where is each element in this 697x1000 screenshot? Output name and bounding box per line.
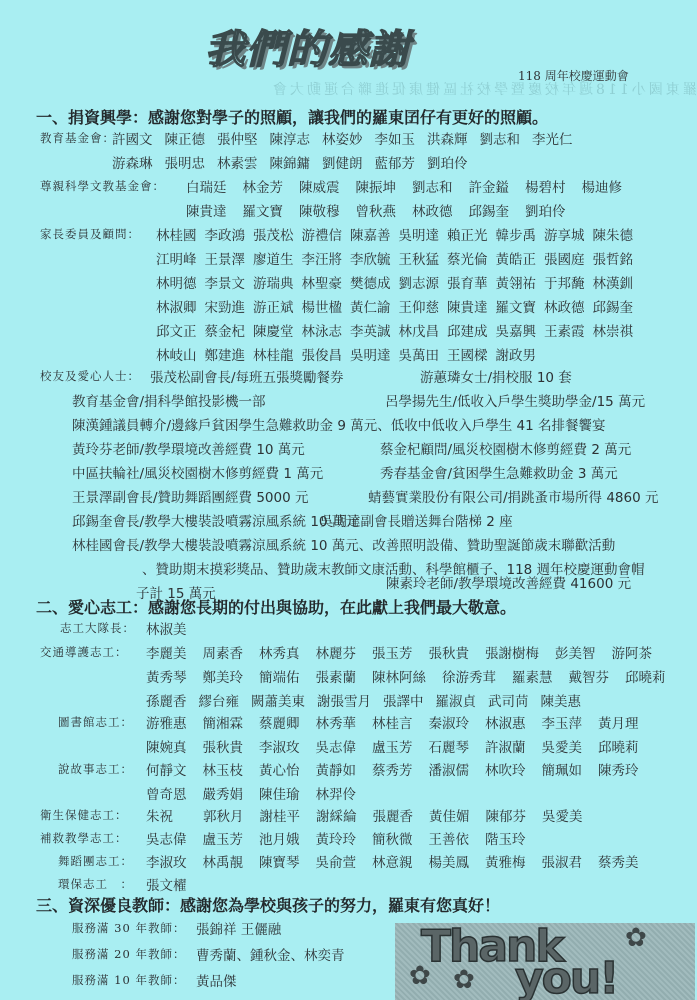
donation-item: 黃玲芬老師/教學環境改善經費 10 萬元 <box>72 438 305 458</box>
name: 陳佳瑜 <box>259 783 300 803</box>
name: 繆台雍 <box>199 690 240 710</box>
name-list: 陳婉真張秋貴李淑玫吳志偉盧玉芳石麗琴許淑蘭吳愛美邱曉莉 <box>146 736 655 756</box>
name: 林桂國 <box>156 224 197 244</box>
name: 盧玉芳 <box>203 828 244 848</box>
name: 劉珀伶 <box>525 200 566 220</box>
name: 陳正德 <box>165 128 206 148</box>
group-label-environment-volunteers: 環保志工 ： <box>58 876 133 892</box>
name: 陳振坤 <box>356 176 397 196</box>
name: 許國文 <box>112 128 153 148</box>
flower-icon: ✿ <box>453 965 475 995</box>
name: 張秋貴 <box>203 736 244 756</box>
name: 陳嘉善 <box>350 224 391 244</box>
name: 盧玉芳 <box>372 736 413 756</box>
name: 張玉芳 <box>372 642 413 662</box>
name: 蔡秀美 <box>598 851 639 871</box>
name: 黃玲玲 <box>316 828 357 848</box>
name: 陳郁芬 <box>486 805 527 825</box>
donation-item: 陳素玲老師/教學環境改善經費 41600 元 <box>386 572 631 592</box>
name: 陳敬穆 <box>299 200 340 220</box>
name: 李淑玫 <box>146 851 187 871</box>
donation-item: 游蕙璘女士/捐校服 10 套 <box>420 366 572 386</box>
donation-item: 蜻藝實業股份有限公司/捐跳蚤市場所得 4860 元 <box>368 486 659 506</box>
name: 蔡秀芳 <box>372 759 413 779</box>
name: 李政鴻 <box>205 224 246 244</box>
name: 林岐山 <box>156 344 197 364</box>
name: 張秋貴 <box>429 642 470 662</box>
name: 劉健朗 <box>322 152 363 172</box>
name-list: 李麗美周素香林秀真林麗芬張玉芳張秋貴張謝樹梅彭美智游阿茶 <box>146 642 668 662</box>
page-title: 我們的感謝 <box>205 18 465 75</box>
name: 蔡金杞 <box>205 320 246 340</box>
name: 楊碧村 <box>525 176 566 196</box>
name: 羅文寶 <box>496 296 537 316</box>
name: 林金芳 <box>243 176 284 196</box>
group-label-education-foundation: 教育基金會： <box>40 130 115 146</box>
bleed-through-text: 羅東國小118週年校慶暨學校社區健康促進聯合運動大會 <box>270 79 697 99</box>
teacher-label-10-years: 服務滿 10 年教師： <box>72 972 185 988</box>
name: 林聖豪 <box>302 272 343 292</box>
name: 林素雲 <box>217 152 258 172</box>
name-list: 吳志偉盧玉芳池月娥黃玲玲簡秋微王善依階玉玲 <box>146 828 542 848</box>
name-list: 陳貴達羅文寶陳敬穆曾秋燕林政德邱錫奎劉珀伶 <box>186 200 582 220</box>
name: 朱祝 <box>146 805 173 825</box>
name-list: 游雅惠簡湘霖蔡麗卿林秀華林桂言秦淑玲林淑惠李玉萍黃月理 <box>146 712 655 732</box>
name: 王景澤 <box>205 248 246 268</box>
name: 王素霞 <box>544 320 585 340</box>
group-label-health-volunteers: 衛生保健志工： <box>40 807 128 823</box>
name: 李淑玫 <box>259 736 300 756</box>
name: 吳明達 <box>399 224 440 244</box>
name: 游瑞典 <box>253 272 294 292</box>
name-list: 林岐山鄭建進林桂龍張俊昌吳明達吳萬田王國樑謝政男 <box>156 344 544 364</box>
name: 林秀華 <box>316 712 357 732</box>
name: 黃靜如 <box>316 759 357 779</box>
name: 石麗琴 <box>429 736 470 756</box>
name-list: 白瑞廷林金芳陳威震陳振坤劉志和許金鎰楊碧村楊迪修 <box>186 176 638 196</box>
name: 吳萬田 <box>399 344 440 364</box>
name: 王國樑 <box>447 344 488 364</box>
section-teachers-heading: 三、資深優良教師：感謝您為學校與孩子的努力，羅東有您真好！ <box>36 893 500 916</box>
thank-you-image: Thank you! ✿ ✿ ✿ <box>395 923 695 1000</box>
name: 游阿茶 <box>612 642 653 662</box>
name: 謝張雪月 <box>317 690 371 710</box>
name: 林漢釧 <box>593 272 634 292</box>
name-list: 林明德李景文游瑞典林聖豪樊德成劉志源張育華黃翎祐于邦馣林漢釧 <box>156 272 641 292</box>
name: 陳朱德 <box>593 224 634 244</box>
name: 樊德成 <box>350 272 391 292</box>
name: 謝政男 <box>496 344 537 364</box>
name: 張文櫂 <box>146 874 187 894</box>
teacher-names-10-years: 黃品傑 <box>196 970 237 990</box>
name: 林麗芬 <box>316 642 357 662</box>
name: 吳志偉 <box>146 828 187 848</box>
name: 吳志偉 <box>316 736 357 756</box>
name: 林淑美 <box>146 618 187 638</box>
name: 藍郁芳 <box>375 152 416 172</box>
name: 楊世楹 <box>302 296 343 316</box>
name: 王秋猛 <box>399 248 440 268</box>
name: 林淑惠 <box>485 712 526 732</box>
name: 楊美鳳 <box>429 851 470 871</box>
name-list: 許國文陳正德張仲堅陳淳志林姿妙李如玉洪森輝劉志和李光仁 <box>112 128 585 148</box>
name: 劉志和 <box>480 128 521 148</box>
donation-item: 陳漢鍾議員轉介/邊緣戶貧困學生急難救助金 9 萬元、低收中低收入戶學生 41 名… <box>72 414 605 434</box>
name: 李如玉 <box>375 128 416 148</box>
name-list: 孫麗香繆台雍闕蕭美東謝張雪月張譯中羅淑貞武司苘陳美惠 <box>146 690 593 710</box>
name: 黃秀琴 <box>146 666 187 686</box>
name: 林戊昌 <box>399 320 440 340</box>
name: 張仲堅 <box>217 128 258 148</box>
name: 劉志和 <box>412 176 453 196</box>
teacher-names-20-years: 曹秀蘭、鍾秋金、林奕青 <box>196 944 345 964</box>
name: 李景文 <box>205 272 246 292</box>
flower-icon: ✿ <box>409 961 431 991</box>
name: 王善依 <box>429 828 470 848</box>
name: 黃佳媚 <box>429 805 470 825</box>
donation-item: 秀春基金會/貧困學生急難救助金 3 萬元 <box>380 462 618 482</box>
name: 秦淑玲 <box>429 712 470 732</box>
name: 張明忠 <box>165 152 206 172</box>
name: 游享城 <box>544 224 585 244</box>
name: 邱錫奎 <box>593 296 634 316</box>
name: 林政德 <box>412 200 453 220</box>
name: 吳明達 <box>350 344 391 364</box>
name-list: 曾奇恩嚴秀娟陳佳瑜林羿伶 <box>146 783 372 803</box>
name: 鄭美玲 <box>203 666 244 686</box>
group-label-tutoring-volunteers: 補救教學志工： <box>40 830 128 846</box>
name-list: 黃秀琴鄭美玲簡端佑張素蘭陳林阿絲徐游秀茸羅素慧戴智芬邱曉莉 <box>146 666 682 686</box>
donation-item: 呂學揚先生/低收入戶學生獎助學金/15 萬元 <box>385 390 645 410</box>
donation-item: 邱錫奎會長/教學大樓裝設噴霧涼風系統 10 萬元 <box>72 510 359 530</box>
group-label-library-volunteers: 圖書館志工： <box>58 714 133 730</box>
name: 黃心怡 <box>259 759 300 779</box>
name: 張育華 <box>447 272 488 292</box>
name: 林崇祺 <box>593 320 634 340</box>
donation-item: 中區扶輪社/風災校園樹木修剪經費 1 萬元 <box>72 462 323 482</box>
name: 羅文寶 <box>243 200 284 220</box>
name: 張俊昌 <box>302 344 343 364</box>
name-list: 何靜文林玉枝黃心怡黃靜如蔡秀芳潘淑儒林吹玲簡珮如陳秀玲 <box>146 759 655 779</box>
name: 黃皓正 <box>496 248 537 268</box>
donation-item: 教育基金會/捐科學館投影機一部 <box>72 390 266 410</box>
section-volunteers-heading: 二、愛心志工：感謝您長期的付出與協助，在此獻上我們最大敬意。 <box>36 595 516 618</box>
name: 劉珀伶 <box>427 152 468 172</box>
name: 許淑蘭 <box>485 736 526 756</box>
name: 林淑卿 <box>156 296 197 316</box>
name: 張哲銘 <box>593 248 634 268</box>
name: 賴正光 <box>447 224 488 244</box>
name: 林吹玲 <box>485 759 526 779</box>
name: 黃翎祐 <box>496 272 537 292</box>
teacher-names-30-years: 張錦祥 王儷融 <box>196 918 281 938</box>
name: 林泳志 <box>302 320 343 340</box>
name: 游雅惠 <box>146 712 187 732</box>
name-list: 江明峰王景澤廖道生李汪將李欣毓王秋猛蔡光倫黃皓正張國庭張哲銘 <box>156 248 641 268</box>
donation-item: 吳明達副會長贈送舞台階梯 2 座 <box>320 510 513 530</box>
name: 洪森輝 <box>427 128 468 148</box>
group-label-parent-committee: 家長委員及顧問： <box>40 226 140 242</box>
name: 于邦馣 <box>544 272 585 292</box>
donation-item: 張茂松副會長/每班五張獎勵餐券 <box>150 366 344 386</box>
name: 張素蘭 <box>316 666 357 686</box>
group-label-science-foundation: 尊親科學文教基金會： <box>40 178 165 194</box>
name: 游正斌 <box>253 296 294 316</box>
thank-you-page: 我們的感謝 118 周年校慶運動會 羅東國小118週年校慶暨學校社區健康促進聯合… <box>0 0 697 1000</box>
name: 林秀真 <box>259 642 300 662</box>
name-list: 游森琳張明忠林素雲陳錦鏞劉健朗藍郁芳劉珀伶 <box>112 152 480 172</box>
name: 黃月理 <box>598 712 639 732</box>
name: 郭秋月 <box>203 805 244 825</box>
page-title-block: 我們的感謝 <box>205 18 465 78</box>
name: 陳婉真 <box>146 736 187 756</box>
teacher-label-30-years: 服務滿 30 年教師： <box>72 920 185 936</box>
name-list: 林桂國李政鴻張茂松游禮信陳嘉善吳明達賴正光韓步禹游享城陳朱德 <box>156 224 641 244</box>
name: 吳愛美 <box>542 805 583 825</box>
name: 張譯中 <box>383 690 424 710</box>
name: 張茂松 <box>253 224 294 244</box>
name: 池月娥 <box>259 828 300 848</box>
name-list: 林淑卿宋勁進游正斌楊世楹黃仁諭王仰慈陳貴達羅文寶林政德邱錫奎 <box>156 296 641 316</box>
name: 羅素慧 <box>512 666 553 686</box>
name: 李麗美 <box>146 642 187 662</box>
flower-icon: ✿ <box>625 923 647 953</box>
name: 王仰慈 <box>399 296 440 316</box>
name: 陳慶堂 <box>253 320 294 340</box>
name: 陳林阿絲 <box>372 666 426 686</box>
name: 楊迪修 <box>582 176 623 196</box>
name: 邱錫奎 <box>469 200 510 220</box>
name: 邱文正 <box>156 320 197 340</box>
name: 李汪將 <box>302 248 343 268</box>
name: 林政德 <box>544 296 585 316</box>
name: 韓步禹 <box>496 224 537 244</box>
name: 吳嘉興 <box>496 320 537 340</box>
name: 武司苘 <box>488 690 529 710</box>
name: 吳俞萱 <box>316 851 357 871</box>
name: 孫麗香 <box>146 690 187 710</box>
name: 蔡麗卿 <box>259 712 300 732</box>
name: 張麗香 <box>373 805 414 825</box>
name: 蔡光倫 <box>447 248 488 268</box>
name: 簡珮如 <box>542 759 583 779</box>
name: 簡秋微 <box>372 828 413 848</box>
name: 邱建成 <box>447 320 488 340</box>
name: 黃雅梅 <box>485 851 526 871</box>
name: 陳錦鏞 <box>270 152 311 172</box>
name: 階玉玲 <box>485 828 526 848</box>
name: 許金鎰 <box>469 176 510 196</box>
group-label-traffic-volunteers: 交通導護志工： <box>40 644 128 660</box>
thank-you-text-line2: you! <box>515 953 617 1000</box>
name: 游禮信 <box>302 224 343 244</box>
name: 陳威震 <box>299 176 340 196</box>
name: 李英誠 <box>350 320 391 340</box>
group-label-dance-volunteers: 舞蹈團志工： <box>58 853 133 869</box>
name: 潘淑儒 <box>429 759 470 779</box>
name: 徐游秀茸 <box>442 666 496 686</box>
name: 戴智芬 <box>569 666 610 686</box>
name: 陳寶琴 <box>259 851 300 871</box>
name: 簡湘霖 <box>203 712 244 732</box>
name: 游森琳 <box>112 152 153 172</box>
name: 邱曉莉 <box>625 666 666 686</box>
donation-item: 王景澤副會長/贊助舞蹈團經費 5000 元 <box>72 486 309 506</box>
name: 黃仁諭 <box>350 296 391 316</box>
name: 謝綵綸 <box>316 805 357 825</box>
name: 林羿伶 <box>316 783 357 803</box>
name: 曾奇恩 <box>146 783 187 803</box>
name: 宋勁進 <box>205 296 246 316</box>
name: 江明峰 <box>156 248 197 268</box>
name: 張國庭 <box>544 248 585 268</box>
name: 吳愛美 <box>542 736 583 756</box>
name: 闕蕭美東 <box>251 690 305 710</box>
group-label-storytelling-volunteers: 說故事志工： <box>58 761 133 777</box>
name: 簡端佑 <box>259 666 300 686</box>
name: 謝桂平 <box>260 805 301 825</box>
name: 邱曉莉 <box>598 736 639 756</box>
name: 林禹靚 <box>203 851 244 871</box>
section-donation-heading: 一、捐資興學：感謝您對學子的照顧，讓我們的羅東囝仔有更好的照顧。 <box>36 105 548 128</box>
name: 陳淳志 <box>270 128 311 148</box>
name: 陳美惠 <box>541 690 582 710</box>
name: 嚴秀娟 <box>203 783 244 803</box>
name: 周素香 <box>203 642 244 662</box>
name: 李欣毓 <box>350 248 391 268</box>
name: 李玉萍 <box>542 712 583 732</box>
name-list: 朱祝郭秋月謝桂平謝綵綸張麗香黃佳媚陳郁芬吳愛美 <box>146 805 599 825</box>
name: 林桂言 <box>372 712 413 732</box>
name: 廖道生 <box>253 248 294 268</box>
group-label-alumni-donors: 校友及愛心人士： <box>40 368 140 384</box>
name: 李光仁 <box>532 128 573 148</box>
name-list: 李淑玫林禹靚陳寶琴吳俞萱林意親楊美鳳黃雅梅張淑君蔡秀美 <box>146 851 655 871</box>
name: 鄭建進 <box>205 344 246 364</box>
donation-item: 林桂國會長/教學大樓裝設噴霧涼風系統 10 萬元、改善照明設備、贊助聖誕節歲末聯… <box>72 534 615 554</box>
name: 張謝樹梅 <box>485 642 539 662</box>
name: 劉志源 <box>399 272 440 292</box>
name: 陳秀玲 <box>598 759 639 779</box>
name: 彭美智 <box>555 642 596 662</box>
name: 陳貴達 <box>447 296 488 316</box>
name: 何靜文 <box>146 759 187 779</box>
name: 林意親 <box>372 851 413 871</box>
teacher-label-20-years: 服務滿 20 年教師： <box>72 946 185 962</box>
name: 林玉枝 <box>203 759 244 779</box>
name: 張淑君 <box>542 851 583 871</box>
name: 曾秋燕 <box>356 200 397 220</box>
name: 林桂龍 <box>253 344 294 364</box>
donation-item: 蔡金杞顧問/風災校園樹木修剪經費 2 萬元 <box>380 438 631 458</box>
name: 陳貴達 <box>186 200 227 220</box>
name: 羅淑貞 <box>436 690 477 710</box>
name: 林姿妙 <box>322 128 363 148</box>
group-label-volunteer-captain: 志工大隊長： <box>60 620 135 636</box>
name: 白瑞廷 <box>186 176 227 196</box>
name: 林明德 <box>156 272 197 292</box>
name-list: 邱文正蔡金杞陳慶堂林泳志李英誠林戊昌邱建成吳嘉興王素霞林崇祺 <box>156 320 641 340</box>
